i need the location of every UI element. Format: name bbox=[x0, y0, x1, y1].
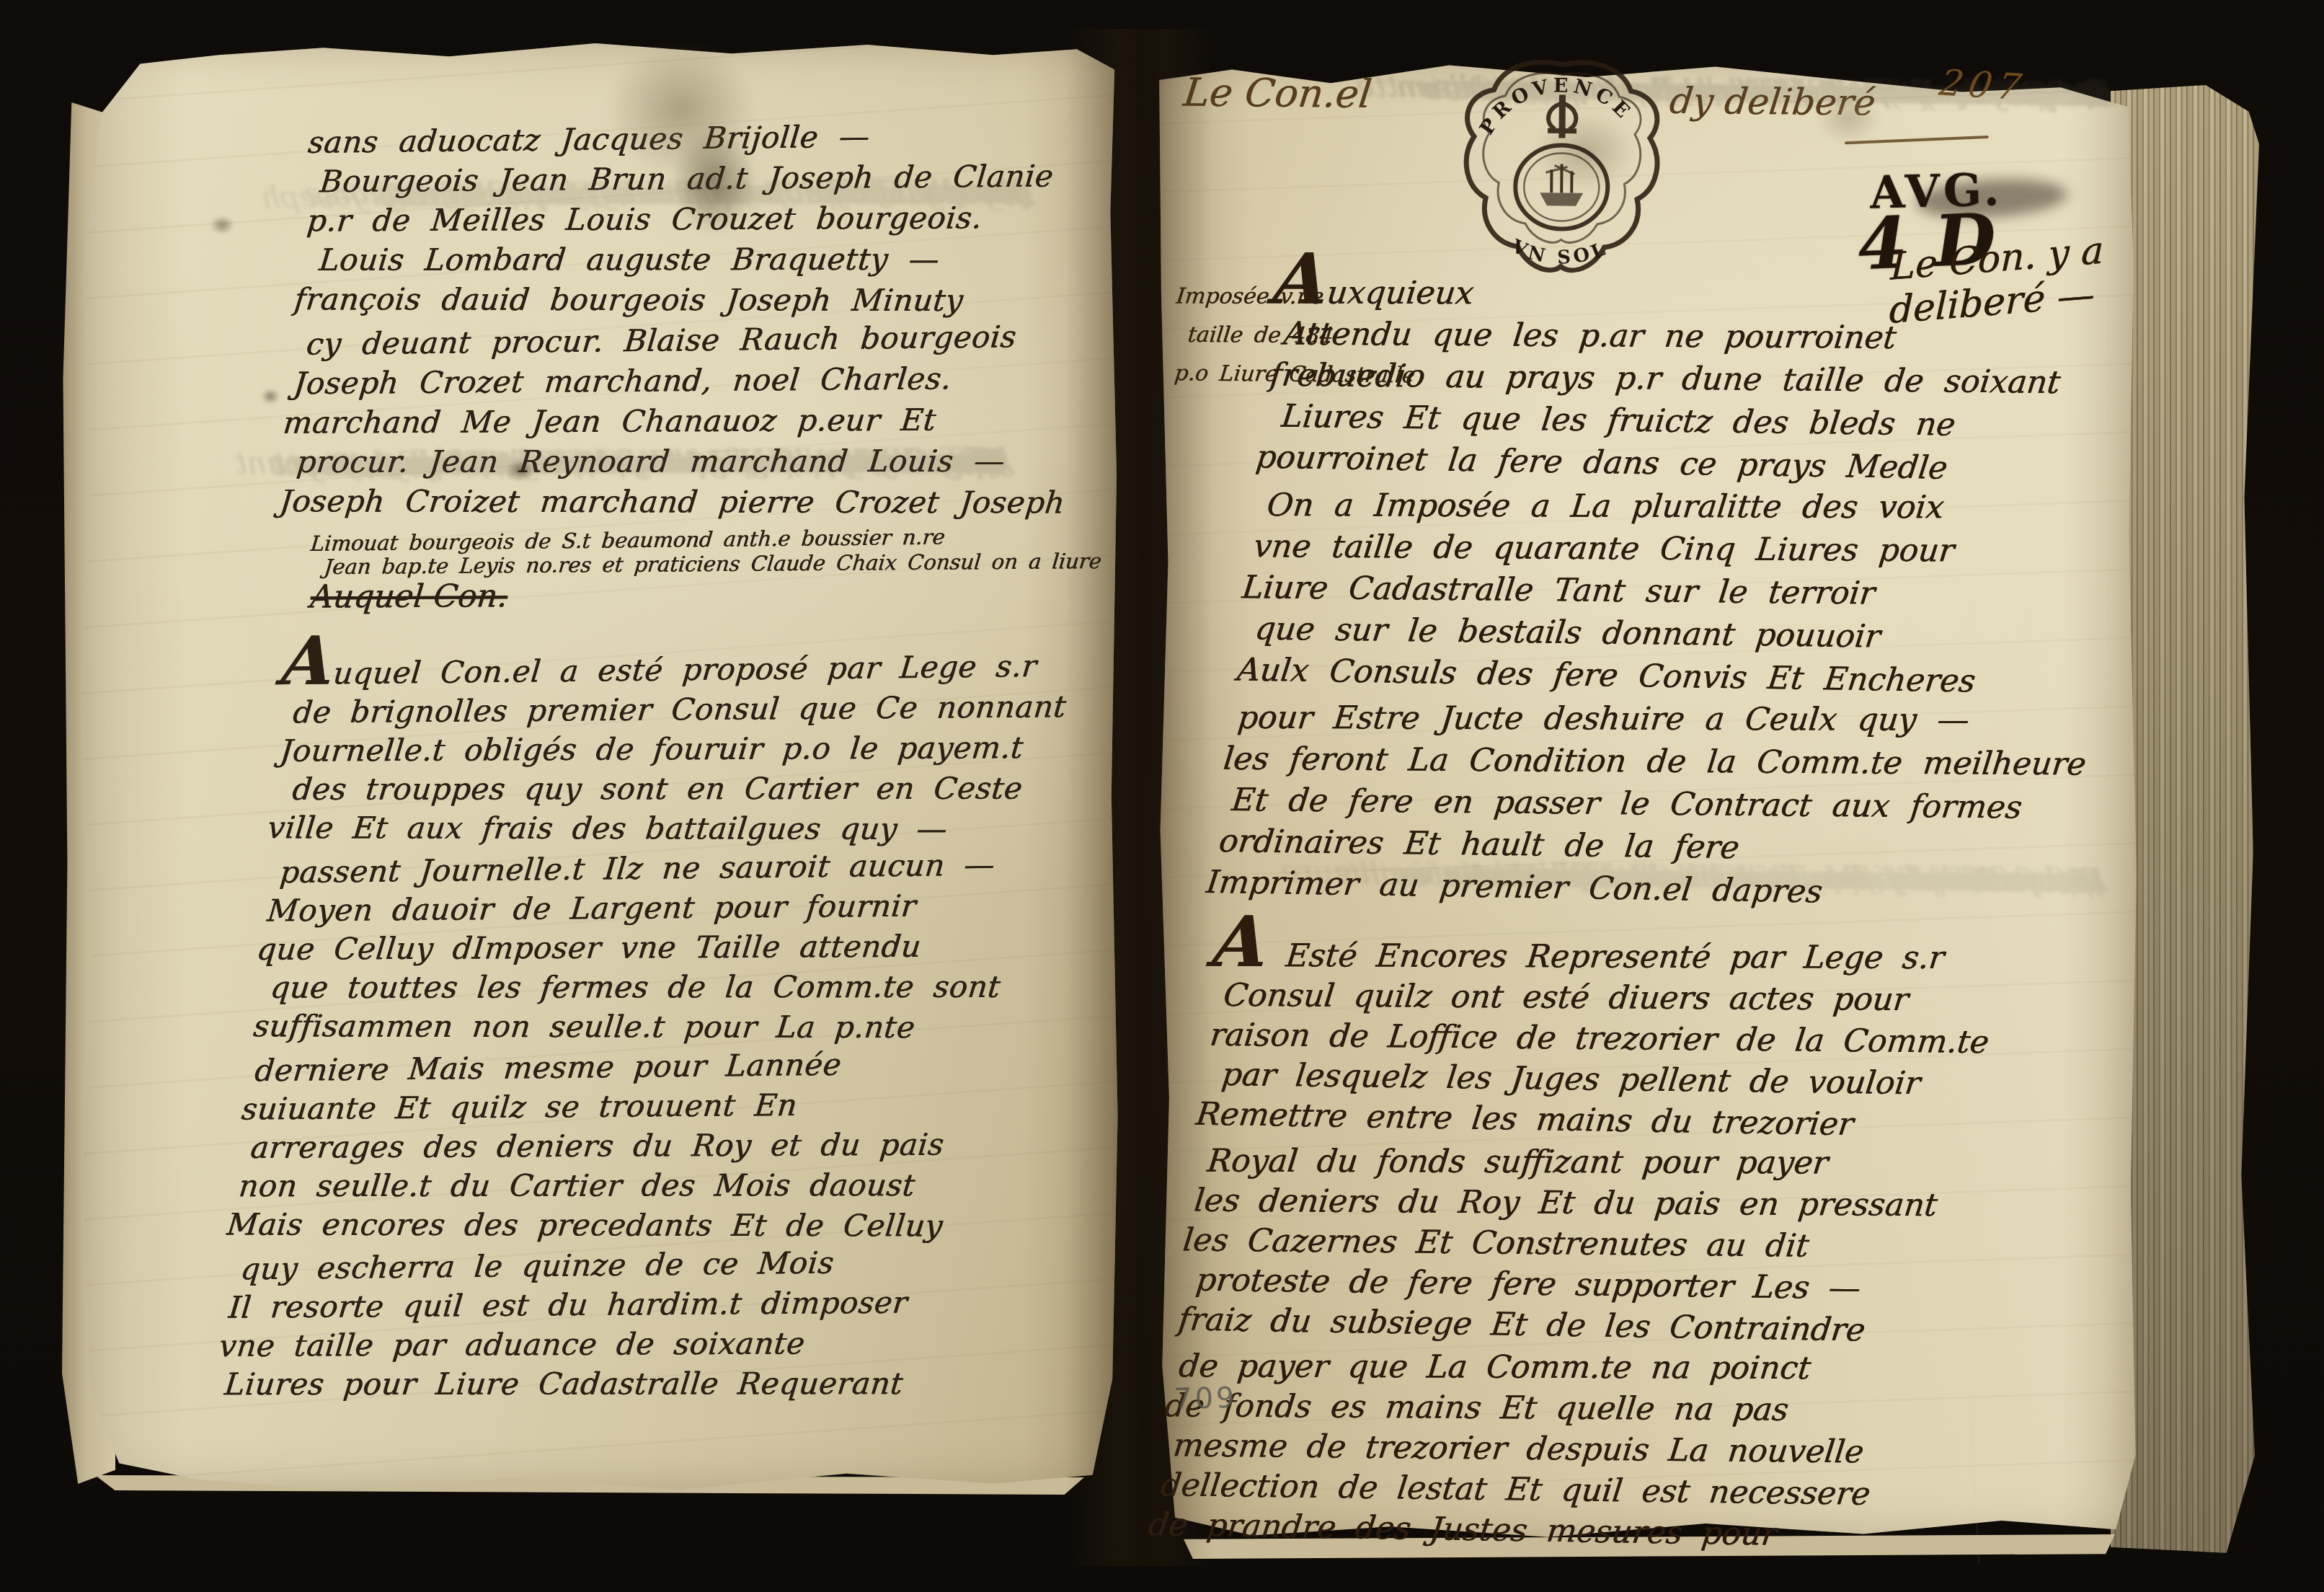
manuscript-line: que Celluy dImposer vne Taille attendu bbox=[255, 926, 1063, 969]
manuscript-line: Il resorte quil est du hardim.t dimposer bbox=[227, 1282, 1027, 1327]
manuscript-line: Attendu que les p.ar ne pourroinet bbox=[1282, 313, 2143, 361]
manuscript-line: françois dauid bourgeois Joseph Minuty bbox=[293, 279, 1065, 321]
left-name-list-appendix: Limouat bourgeois de S.t beaumond anth.e… bbox=[307, 526, 1091, 578]
manuscript-line: Auquel Con.el a esté proposé par Lege s.… bbox=[279, 627, 1092, 694]
manuscript-line: Liures pour Liure Cadastralle Requerant bbox=[327, 436, 1000, 489]
manuscript-line: Journelle.t obligés de fouruir p.o le pa… bbox=[278, 728, 1083, 771]
manuscript-line: pour Estre Jucte deshuire a Ceulx quy — bbox=[1236, 696, 2099, 742]
manuscript-line: Mais encores des precedants Et de Celluy bbox=[225, 1205, 1035, 1246]
manuscript-line: arrerages des deniers du Roy et du pais bbox=[249, 1124, 1043, 1167]
pencil-foliation-number: 709 bbox=[1174, 1381, 1238, 1416]
manuscript-line: des trouppes quy sont en Cartier en Cest… bbox=[290, 769, 1078, 809]
manuscript-line: vne taille par aduance de soixante bbox=[217, 1322, 1023, 1366]
manuscript-line: passent Journelle.t Ilz ne sauroit aucun… bbox=[278, 844, 1070, 893]
manuscript-line: les deniers du Roy Et du pais en pressan… bbox=[1192, 1180, 2102, 1227]
manuscript-line: Liures pour Liure Cadastralle Requerant bbox=[223, 1363, 1019, 1404]
bleedthrough-text: sans aduocatz Jacques Brijolle —Bourgeoi… bbox=[123, 169, 1032, 172]
pen-flourish bbox=[1845, 136, 1989, 145]
manuscript-line: de fonds es mains Et quelle na pas bbox=[1163, 1385, 2078, 1432]
ink-speck bbox=[210, 216, 234, 234]
manuscript-line: Joseph Crozet marchand, noel Charles. bbox=[292, 358, 1057, 404]
manuscript-line: que touttes les fermes de la Comm.te son… bbox=[268, 967, 1059, 1007]
manuscript-line: de payer que La Comm.te na poinct bbox=[1177, 1345, 2084, 1389]
manuscript-line: Consul quilz ont esté diuers actes pour bbox=[1222, 975, 2126, 1022]
manuscript-line: Royal du fonds suffizant pour payer bbox=[1205, 1141, 2107, 1185]
bleedthrough-text: Auquel Con.el a esté proposé par Lege s.… bbox=[87, 437, 1009, 441]
manuscript-line: suffisammen non seulle.t pour La p.nte bbox=[252, 1006, 1055, 1047]
right-deliberation-paragraph-2: A Esté Encores Representé par Lege s.rCo… bbox=[1144, 913, 2132, 1557]
manuscript-line: les feront La Condition de la Comm.te me… bbox=[1222, 738, 2095, 786]
right-page-content: A Esté Encores Representé par Lege s.rCo… bbox=[1139, 56, 2139, 1554]
manuscript-line: non seulle.t du Cartier des Mois daoust bbox=[236, 1165, 1039, 1206]
manuscript-line: Louis Lombard auguste Braquetty — bbox=[317, 239, 1069, 280]
struck-out-line: Auquel Con. bbox=[309, 578, 509, 615]
manuscript-line: derniere Mais mesme pour Lannée bbox=[253, 1043, 1051, 1091]
provence-un-sol-tax-stamp: PROVENCE VN SOL bbox=[1452, 49, 1671, 289]
left-page-content: sans aduocatz Jacques Brijolle —Bourgeoi… bbox=[72, 33, 1125, 1495]
left-deliberation-paragraph: Auquel Con.el a esté proposé par Lege s.… bbox=[208, 630, 1093, 1405]
manuscript-line: Imprimer au premier Con.el dapres bbox=[1516, 854, 2107, 901]
manuscript-line: quy escherra le quinze de ce Mois bbox=[239, 1241, 1031, 1289]
manuscript-line: A Esté Encores Representé par Lege s.r bbox=[1210, 916, 2133, 979]
manuscript-line: cy deuant procur. Blaise Rauch bourgeois bbox=[304, 317, 1061, 365]
manuscript-photograph: sans aduocatz Jacques Brijolle —Bourgeoi… bbox=[0, 0, 2324, 1592]
manuscript-line: suiuante Et quilz se trouuent En bbox=[240, 1083, 1047, 1128]
header-faded-left: Le Con.el bbox=[1181, 69, 1374, 116]
manuscript-line: Moyen dauoir de Largent pour fournir bbox=[266, 885, 1067, 930]
manuscript-line: vne taille de quarante Cinq Liures pour bbox=[1251, 525, 2119, 573]
right-deliberation-paragraph-1: AuxquieuxAttendu que les p.ar ne pourroi… bbox=[1202, 250, 2150, 915]
manuscript-line: de brignolles premier Consul que Ce nonn… bbox=[291, 686, 1086, 732]
manuscript-line: Jean bap.te Leyis no.res et praticiens C… bbox=[323, 549, 1088, 579]
ink-speck bbox=[261, 389, 280, 404]
manuscript-line: Joseph Croizet marchand pierre Crozet Jo… bbox=[257, 167, 1028, 220]
manuscript-line: On a Imposée a La pluralitte des voix bbox=[1264, 484, 2124, 529]
manuscript-line: ville Et aux frais des battailgues quy — bbox=[266, 808, 1075, 849]
manuscript-line: Auxquieux bbox=[1271, 252, 2150, 317]
manuscript-line: sans aduocatz Jacques Brijolle — bbox=[306, 115, 1082, 163]
